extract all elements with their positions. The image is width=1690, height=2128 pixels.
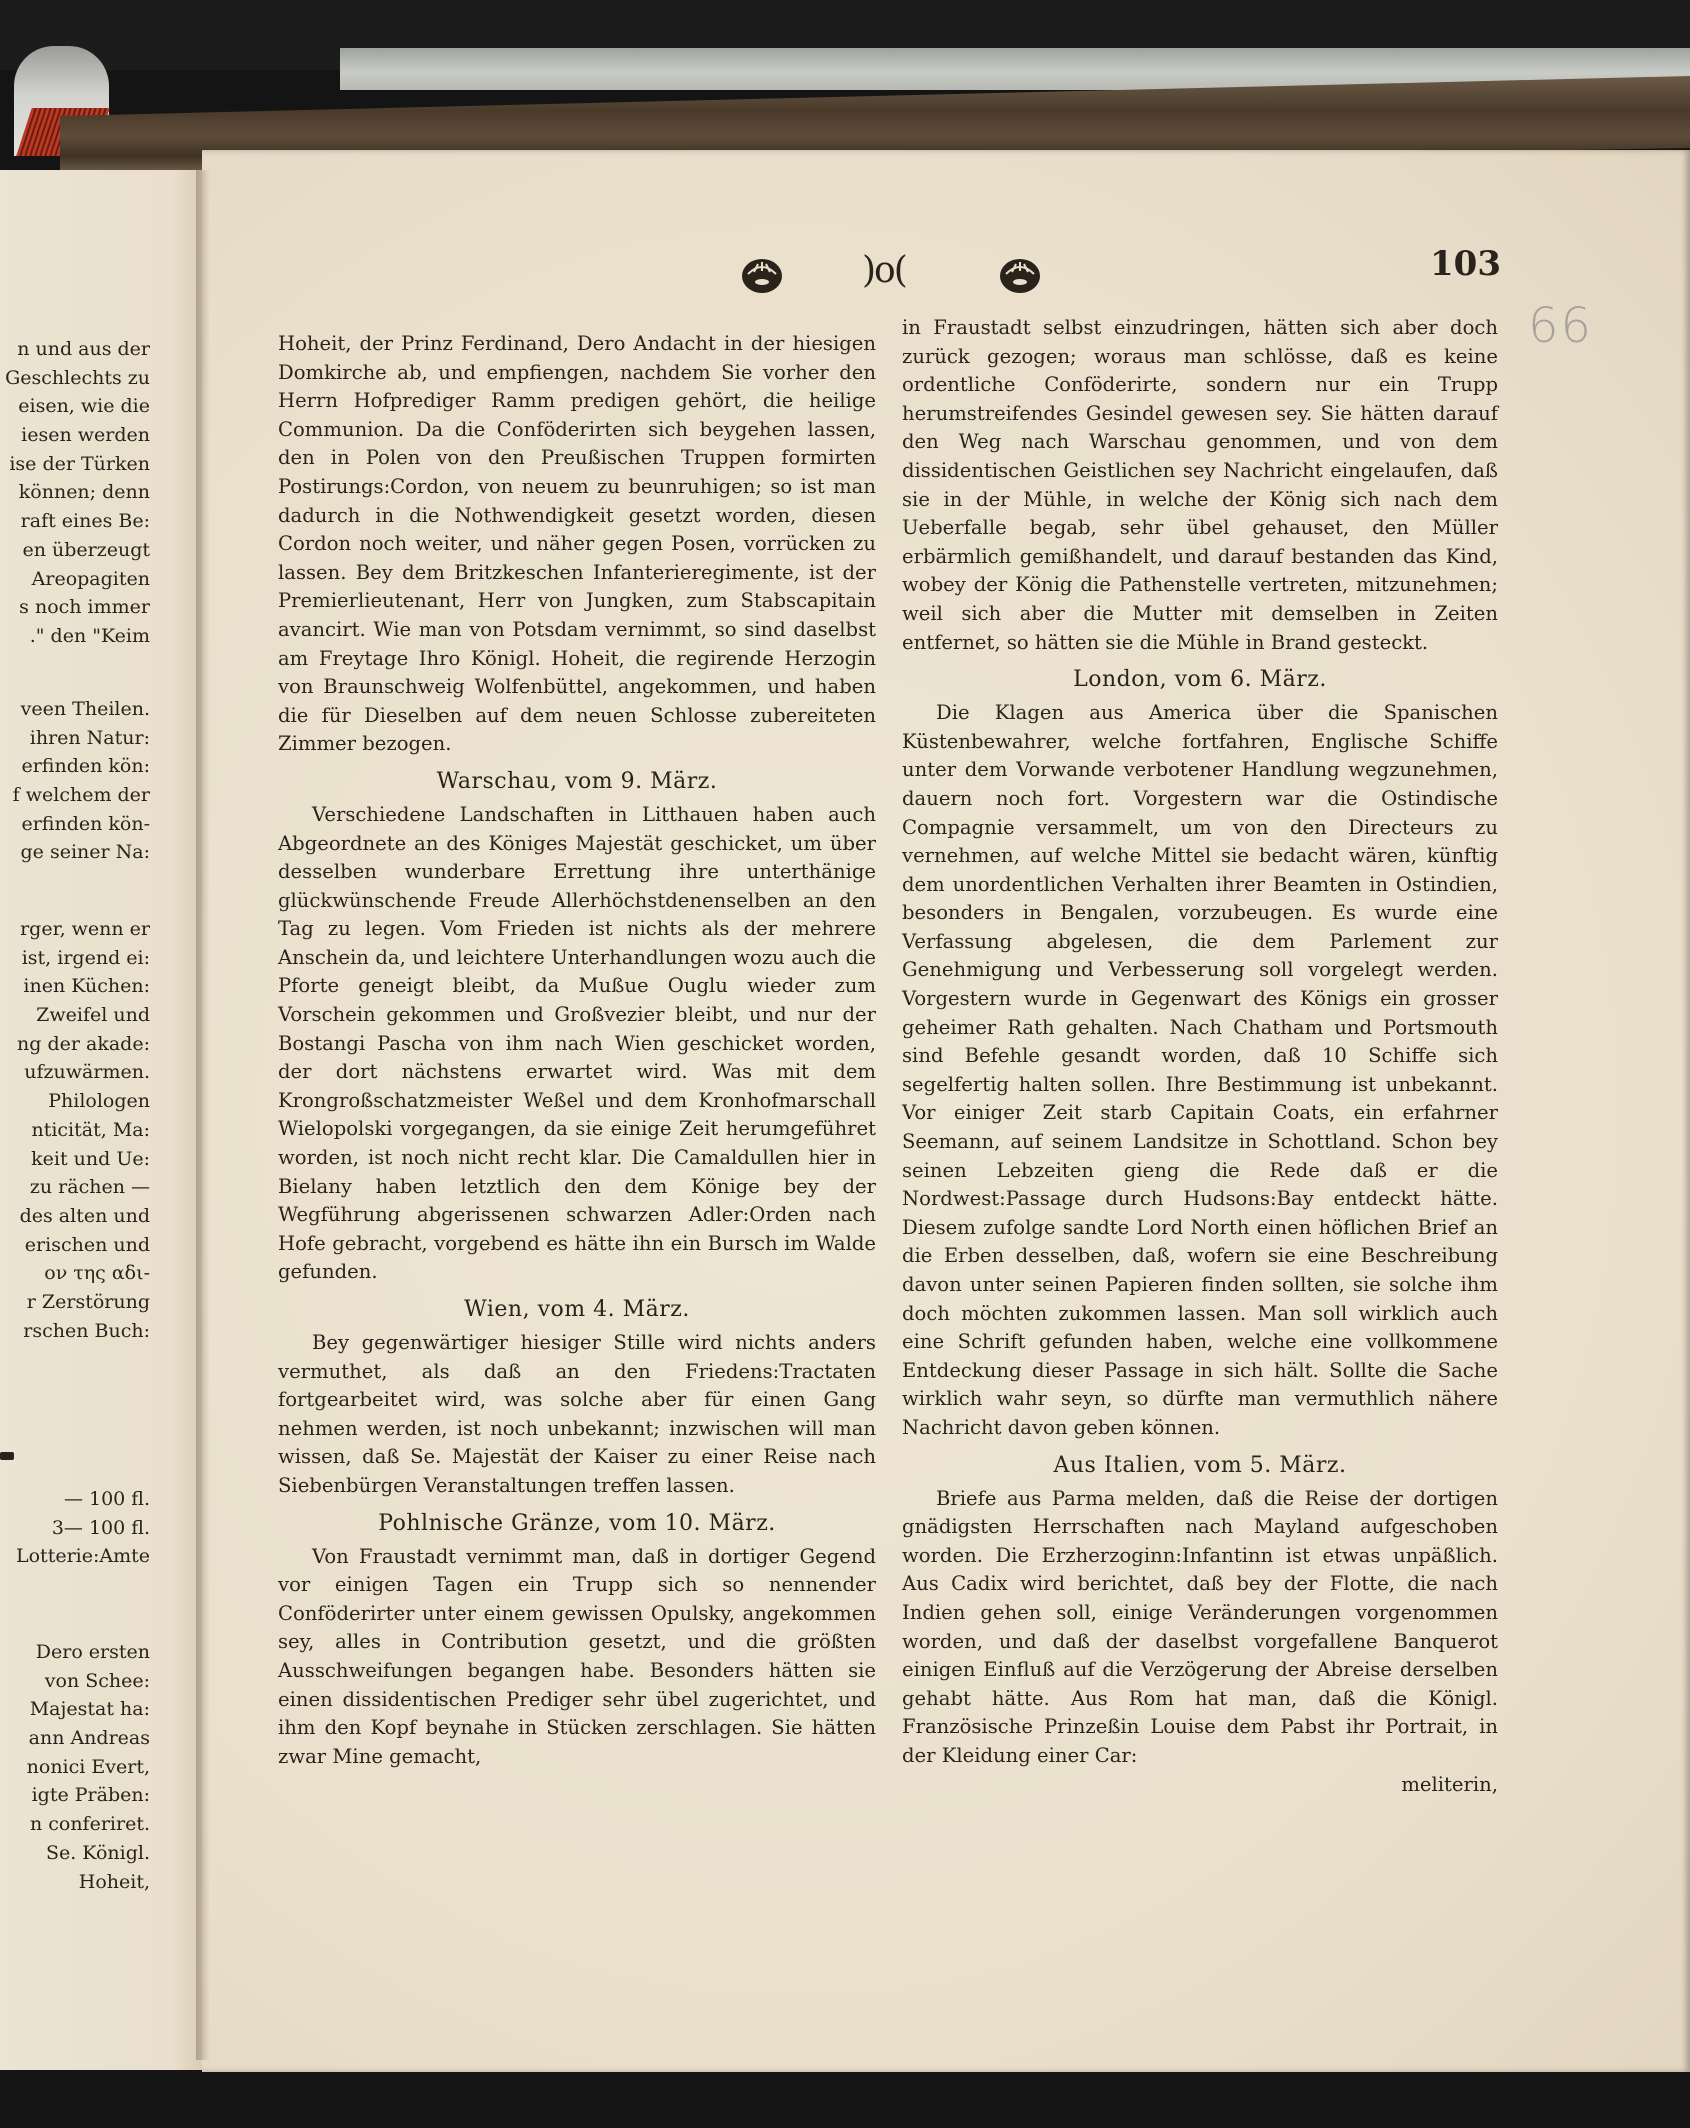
article-paragraph: Die Klagen aus America über die Spanisch…: [902, 699, 1498, 1442]
fragment-line: ng der akade:: [0, 1030, 150, 1059]
fragment-line: von Schee:: [0, 1667, 150, 1696]
page-number: 103: [1430, 244, 1501, 284]
fragment-line: inen Küchen:: [0, 972, 150, 1001]
fragment-line: Geschlechts zu: [0, 364, 150, 393]
fragment-line: nonici Evert,: [0, 1753, 150, 1782]
dateline-heading: London, vom 6. März.: [902, 663, 1498, 697]
dateline-heading: Pohlnische Gränze, vom 10. März.: [278, 1507, 876, 1541]
fragment-line: rger, wenn er: [0, 915, 150, 944]
fragment-line: raft eines Be:: [0, 507, 150, 536]
archive-pencil-mark: 66: [1528, 298, 1593, 354]
fragment-line: veen Theilen.: [0, 695, 150, 724]
fragment-line: n und aus der: [0, 335, 150, 364]
left-page-fragment-4: — 100 fl. 3— 100 fl. Lotterie:Amte: [0, 1485, 150, 1571]
dateline-heading: Wien, vom 4. März.: [278, 1293, 876, 1327]
continued-paragraph: Hoheit, der Prinz Ferdinand, Dero Andach…: [278, 330, 876, 759]
fragment-line: eisen, wie die: [0, 392, 150, 421]
left-column: Hoheit, der Prinz Ferdinand, Dero Andach…: [278, 330, 876, 1771]
fragment-line: f welchem der: [0, 781, 150, 810]
fragment-line: igte Präben:: [0, 1781, 150, 1810]
fragment-line: ge seiner Na:: [0, 838, 150, 867]
article-paragraph: Briefe aus Parma melden, daß die Reise d…: [902, 1485, 1498, 1771]
fragment-line: ihren Natur:: [0, 724, 150, 753]
fragment-line: Philologen: [0, 1087, 150, 1116]
fragment-line: Se. Königl.: [0, 1839, 150, 1868]
fragment-line: Zweifel und: [0, 1001, 150, 1030]
fragment-line: erischen und: [0, 1231, 150, 1260]
left-page-fragment-1: n und aus der Geschlechts zu eisen, wie …: [0, 335, 150, 651]
article-paragraph: Bey gegenwärtiger hiesiger Stille wird n…: [278, 1329, 876, 1501]
dateline-heading: Aus Italien, vom 5. März.: [902, 1449, 1498, 1483]
fragment-line: Majestat ha:: [0, 1695, 150, 1724]
left-page-fragment-5: Dero ersten von Schee: Majestat ha: ann …: [0, 1638, 150, 1896]
fragment-line: r Zerstörung: [0, 1288, 150, 1317]
fragment-line: Hoheit,: [0, 1868, 150, 1897]
fragment-line: ." den "Keim: [0, 622, 150, 651]
fragment-line: erfinden kön-: [0, 810, 150, 839]
dateline-heading: Warschau, vom 9. März.: [278, 765, 876, 799]
section-rule-mark: [0, 1452, 14, 1460]
fragment-line: Areopagiten: [0, 565, 150, 594]
gutter-shadow: [196, 170, 210, 2060]
catchword: meliterin,: [902, 1771, 1498, 1800]
fragment-line: ise der Türken: [0, 450, 150, 479]
fragment-line: erfinden kön:: [0, 752, 150, 781]
fragment-line: ist, irgend ei:: [0, 944, 150, 973]
article-paragraph: Von Fraustadt vernimmt man, daß in dorti…: [278, 1543, 876, 1772]
fragment-line: keit und Ue:: [0, 1145, 150, 1174]
fragment-line: en überzeugt: [0, 536, 150, 565]
fragment-line: ufzuwärmen.: [0, 1058, 150, 1087]
fragment-line: rschen Buch:: [0, 1317, 150, 1346]
article-paragraph: Verschiedene Landschaften in Litthauen h…: [278, 801, 876, 1287]
shell-ornament-right-icon: [998, 256, 1042, 296]
fragment-line: ann Andreas: [0, 1724, 150, 1753]
fragment-line: des alten und: [0, 1202, 150, 1231]
fragment-line: nticität, Ma:: [0, 1116, 150, 1145]
fragment-line: s noch immer: [0, 593, 150, 622]
left-page-fragment-2: veen Theilen. ihren Natur: erfinden kön:…: [0, 695, 150, 867]
fragment-line: können; denn: [0, 478, 150, 507]
fragment-line: 3— 100 fl.: [0, 1514, 150, 1543]
fragment-line: Lotterie:Amte: [0, 1542, 150, 1571]
shell-ornament-left-icon: [740, 256, 784, 296]
running-head-separator: )o(: [862, 250, 906, 291]
left-page-fragment-3: rger, wenn er ist, irgend ei: inen Küche…: [0, 915, 150, 1345]
right-column: in Fraustadt selbst einzudringen, hätten…: [902, 314, 1498, 1799]
fragment-line: ον της αδι-: [0, 1259, 150, 1288]
fragment-line: Dero ersten: [0, 1638, 150, 1667]
fragment-line: n conferiret.: [0, 1810, 150, 1839]
fragment-line: zu rächen —: [0, 1173, 150, 1202]
fragment-line: — 100 fl.: [0, 1485, 150, 1514]
continued-paragraph: in Fraustadt selbst einzudringen, hätten…: [902, 314, 1498, 657]
fragment-line: iesen werden: [0, 421, 150, 450]
